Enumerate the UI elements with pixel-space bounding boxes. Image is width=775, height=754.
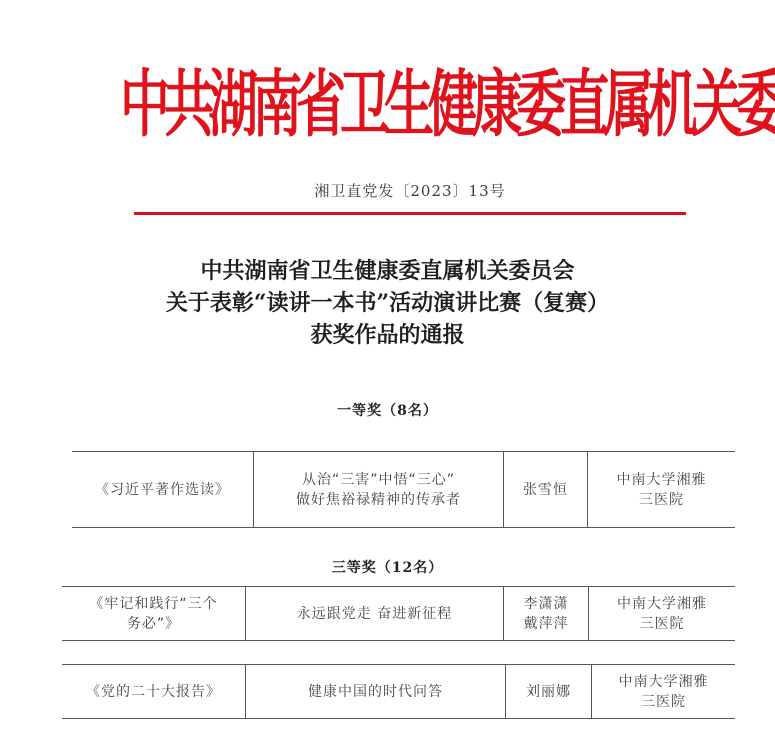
author-name-2: 戴萍萍 [508,614,584,634]
unit-cell: 中南大学湘雅 三医院 [589,587,736,641]
document-masthead: 中共湖南省卫生健康委直属机关委员会文件 [120,48,680,161]
unit-cell: 中南大学湘雅 三医院 [588,452,736,528]
document-number: 湘卫直党发〔2023〕13号 [130,180,690,201]
author-name: 张雪恒 [523,482,568,498]
unit-line-2: 三医院 [592,490,731,510]
first-prize-table: 《习近平著作选读》 从治“三害”中悟“三心” 做好焦裕禄精神的传承者 张雪恒 中… [72,451,735,528]
third-prize-table-1: 《牢记和践行“三个 务必”》 永远跟党走 奋进新征程 李潇潇 戴萍萍 中南大学湘… [62,586,735,641]
table-row: 《习近平著作选读》 从治“三害”中悟“三心” 做好焦裕禄精神的传承者 张雪恒 中… [72,452,735,528]
unit-line-1: 中南大学湘雅 [593,594,731,614]
unit-line-2: 三医院 [596,692,731,712]
book-cell: 《党的二十大报告》 [62,665,246,719]
unit-line-1: 中南大学湘雅 [592,470,731,490]
work-cell: 永远跟党走 奋进新征程 [246,587,504,641]
author-cell: 李潇潇 戴萍萍 [504,587,589,641]
section-heading-third-prize: 三等奖（12名） [100,557,675,577]
section-heading-first-prize: 一等奖（8名） [100,400,675,420]
author-name-1: 李潇潇 [508,594,584,614]
work-title: 永远跟党走 奋进新征程 [297,606,452,622]
author-cell: 张雪恒 [504,452,588,528]
author-cell: 刘丽娜 [506,665,592,719]
work-title-line-1: 从治“三害”中悟“三心” [258,470,499,490]
title-line-3: 获奖作品的通报 [100,320,675,351]
book-cell: 《习近平著作选读》 [72,452,254,528]
work-title: 健康中国的时代问答 [308,684,443,700]
title-line-1: 中共湖南省卫生健康委直属机关委员会 [100,256,675,287]
book-title-line-2: 务必”》 [66,614,241,634]
unit-line-2: 三医院 [593,614,731,634]
author-name: 刘丽娜 [526,684,571,700]
book-title: 《党的二十大报告》 [86,684,221,700]
table-row: 《党的二十大报告》 健康中国的时代问答 刘丽娜 中南大学湘雅 三医院 [62,665,735,719]
unit-line-1: 中南大学湘雅 [596,672,731,692]
table-row: 《牢记和践行“三个 务必”》 永远跟党走 奋进新征程 李潇潇 戴萍萍 中南大学湘… [62,587,735,641]
title-line-2: 关于表彰“读讲一本书”活动演讲比赛（复赛） [100,288,675,319]
work-cell: 从治“三害”中悟“三心” 做好焦裕禄精神的传承者 [254,452,504,528]
book-title: 《习近平著作选读》 [95,482,230,498]
red-divider-rule [134,212,686,215]
book-cell: 《牢记和践行“三个 务必”》 [62,587,246,641]
work-title-line-2: 做好焦裕禄精神的传承者 [258,490,499,510]
work-cell: 健康中国的时代问答 [246,665,506,719]
unit-cell: 中南大学湘雅 三医院 [592,665,736,719]
book-title-line-1: 《牢记和践行“三个 [66,594,241,614]
third-prize-table-2: 《党的二十大报告》 健康中国的时代问答 刘丽娜 中南大学湘雅 三医院 [62,664,735,719]
